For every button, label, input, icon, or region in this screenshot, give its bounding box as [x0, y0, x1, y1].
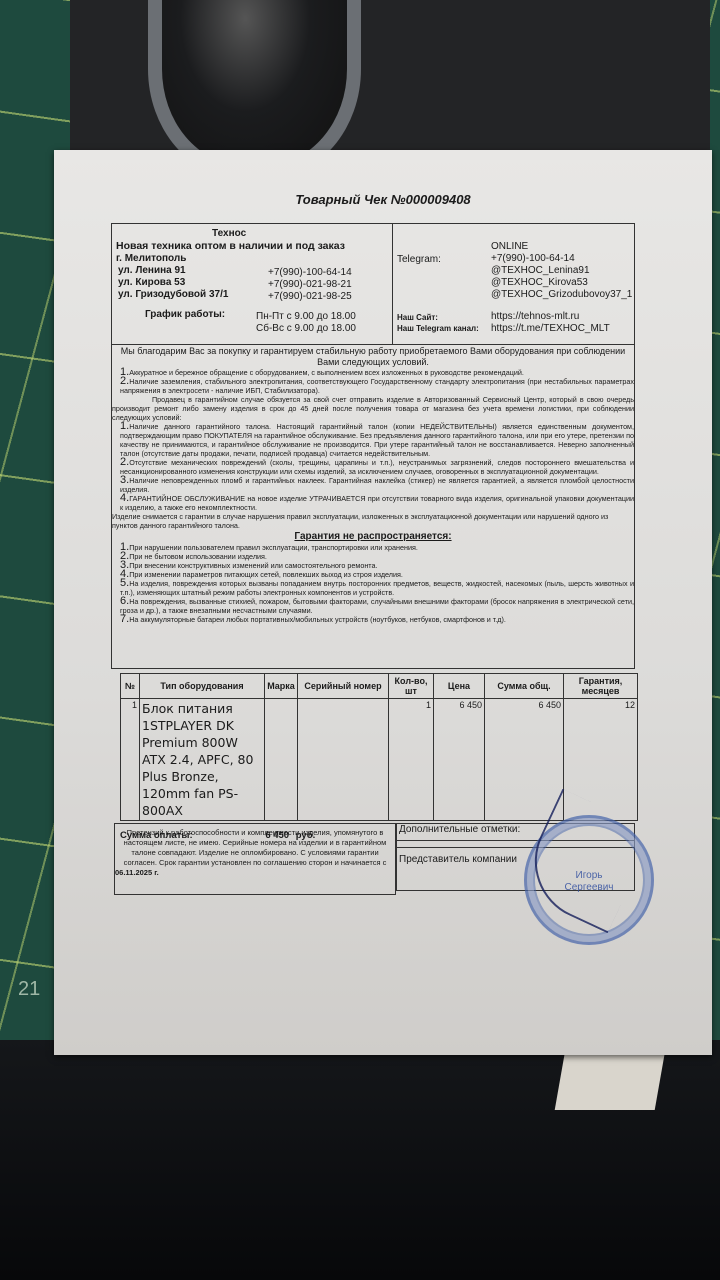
- equipment-name: Блок питания 1STPLAYER DK Premium 800W A…: [140, 699, 265, 821]
- company-city: г. Мелитополь: [116, 253, 186, 264]
- address-phone: +7(990)-021-98-25: [268, 291, 352, 302]
- channel-label: Наш Telegram канал:: [397, 324, 479, 333]
- telegram-line: @ТЕХНОС_Lenina91: [491, 265, 590, 276]
- warranty-condition: 1.Наличие данного гарантийного талона. Н…: [112, 422, 634, 458]
- channel-link[interactable]: https://t.me/ТЕХНОС_MLT: [491, 323, 610, 334]
- col-warranty: Гарантия, месяцев: [564, 674, 638, 699]
- company-info: Технос Новая техника оптом в наличии и п…: [112, 224, 393, 344]
- schedule-weekend: Сб-Вс с 9.00 до 18.00: [256, 323, 356, 334]
- warranty-condition: 2.Отсутствие механических повреждений (с…: [112, 458, 634, 476]
- quantity-cell: 1: [389, 699, 434, 821]
- schedule-weekdays: Пн-Пт с 9.00 до 18.00: [256, 311, 356, 322]
- telegram-line: ONLINE: [491, 241, 528, 252]
- warranty-conditions: Мы благодарим Вас за покупку и гарантиру…: [111, 343, 635, 669]
- telegram-label: Telegram:: [397, 254, 441, 265]
- schedule-label: График работы:: [145, 309, 225, 320]
- row-number: 1: [121, 699, 140, 821]
- address-street: ул. Кирова 53: [118, 277, 185, 288]
- general-condition: 2.Наличие заземления, стабильного электр…: [112, 377, 634, 395]
- site-link[interactable]: https://tehnos-mlt.ru: [491, 311, 579, 322]
- warranty-condition: 3.Наличие неповрежденных пломб и гаранти…: [112, 476, 634, 494]
- price-cell: 6 450: [434, 699, 485, 821]
- telegram-line: +7(990)-100-64-14: [491, 253, 575, 264]
- col-total: Сумма общ.: [485, 674, 564, 699]
- claim-text: Претензий к работоспособности и комплект…: [115, 828, 395, 868]
- exclusion-item: 6.На повреждения, вызванные стихией, пож…: [112, 597, 634, 615]
- brand-cell: [265, 699, 298, 821]
- address-phone: +7(990)-021-98-21: [268, 279, 352, 290]
- sum-cell: 6 450: [485, 699, 564, 821]
- address-street: ул. Ленина 91: [118, 265, 186, 276]
- receipt-title: Товарный Чек №000009408: [54, 192, 712, 207]
- conditions-intro: Мы благодарим Вас за покупку и гарантиру…: [112, 346, 634, 368]
- receipt-paper: Товарный Чек №000009408 Технос Новая тех…: [54, 150, 712, 1055]
- table-header-row: № Тип оборудования Марка Серийный номер …: [121, 674, 638, 699]
- exclusion-item: 4.При изменении параметров питающих сете…: [112, 570, 634, 579]
- site-label: Наш Сайт:: [397, 313, 438, 322]
- warranty-start-date: 06.11.2025 г.: [115, 868, 395, 878]
- col-equipment-type: Тип оборудования: [140, 674, 265, 699]
- col-brand: Марка: [265, 674, 298, 699]
- exclusion-item: 7.На аккумуляторные батареи любых портат…: [112, 615, 634, 624]
- col-price: Цена: [434, 674, 485, 699]
- exclusion-item: 3.При внесении конструктивных изменений …: [112, 561, 634, 570]
- col-number: №: [121, 674, 140, 699]
- telegram-line: @ТЕХНОС_Kirova53: [491, 277, 588, 288]
- ruler-number: 21: [18, 978, 40, 1001]
- exclusion-item: 2.При не бытовом использовании изделия.: [112, 552, 634, 561]
- address-phone: +7(990)-100-64-14: [268, 267, 352, 278]
- contacts: Telegram: ONLINE +7(990)-100-64-14 @ТЕХН…: [395, 224, 634, 344]
- seller-note: Продавец в гарантийном случае обязуется …: [112, 395, 634, 422]
- col-serial: Серийный номер: [298, 674, 389, 699]
- box-corner: [555, 1050, 666, 1110]
- general-condition: 1.Аккуратное и бережное обращение с обор…: [112, 368, 634, 377]
- exclusions-heading: Гарантия не распространяется:: [112, 532, 634, 541]
- removal-note: Изделие снимается с гарантии в случае на…: [112, 512, 634, 530]
- exclusion-item: 5.На изделия, повреждения которых вызван…: [112, 579, 634, 597]
- company-name: Технос: [212, 228, 246, 239]
- telegram-line: @ТЕХНОС_Grizodubovoy37_1: [491, 289, 632, 300]
- customer-acknowledgement: Претензий к работоспособности и комплект…: [114, 823, 396, 895]
- company-tagline: Новая техника оптом в наличии и под зака…: [116, 240, 345, 252]
- company-header: Технос Новая техника оптом в наличии и п…: [111, 223, 635, 345]
- warranty-condition: 4.ГАРАНТИЙНОЕ ОБСЛУЖИВАНИЕ на новое изде…: [112, 494, 634, 512]
- col-quantity: Кол-во, шт: [389, 674, 434, 699]
- address-street: ул. Гризодубовой 37/1: [118, 289, 228, 300]
- serial-cell: [298, 699, 389, 821]
- exclusion-item: 1.При нарушении пользователем правил экс…: [112, 543, 634, 552]
